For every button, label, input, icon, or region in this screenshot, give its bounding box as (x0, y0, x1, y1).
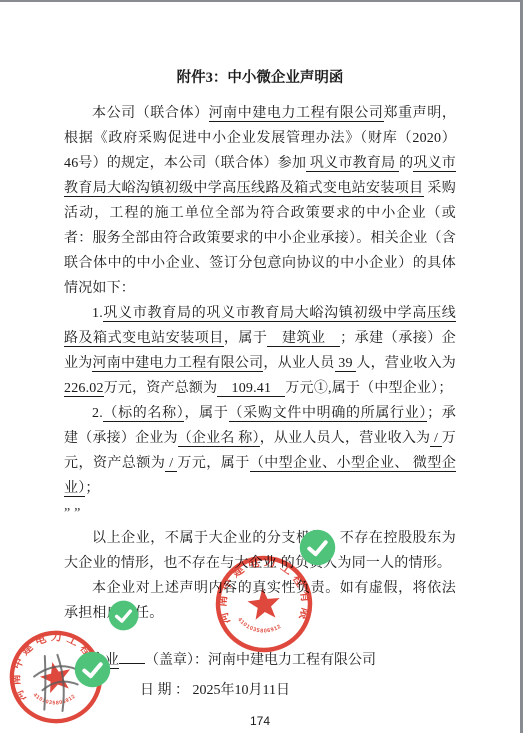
text-segment: ，从业人员 (263, 356, 334, 371)
underlined-company-placeholder: （企业名 称） (178, 431, 260, 447)
text-segment: 万元，属于 (177, 456, 249, 471)
green-check-icon (299, 529, 336, 566)
text-segment: 的 (399, 156, 413, 171)
star-icon (246, 586, 281, 620)
underlined-assets-value: 109.41 (217, 381, 285, 397)
seal-label: （盖章）： (145, 653, 208, 668)
text-segment: 万元，资产总额为 (104, 381, 218, 396)
text-segment: 2. (92, 406, 103, 421)
item-2-paragraph: 2.（标的名称），属于（采购文件中明确的所属行业）；承建（承接）企业为（企业名 … (64, 401, 456, 501)
text-segment: 万元①,属于（中型企业）； (285, 381, 452, 396)
text-segment: ，属于 (184, 406, 228, 421)
page-title: 附件3：中小微企业声明函 (0, 66, 520, 91)
underlined-subject-placeholder: （标的名称） (103, 406, 185, 422)
text-segment: 人，营业收入为 (356, 356, 456, 371)
declaration-paragraph: 本公司（联合体）河南中建电力工程有限公司郑重声明，根据《政府采购促进中小企业发展… (64, 101, 456, 301)
seal-blank (119, 663, 145, 664)
text-segment: 1. (92, 306, 103, 321)
document-page: 附件3：中小微企业声明函 本公司（联合体）河南中建电力工程有限公司郑重声明，根据… (0, 0, 523, 733)
text-segment: 本公司（联合体） (92, 106, 209, 121)
underlined-industry-blank: 建筑业 (267, 331, 340, 347)
underlined-revenue-value: 226.02 (64, 381, 104, 397)
underlined-purchaser-name: 巩义市教育局 (306, 156, 399, 172)
underlined-employee-count: 39 (335, 356, 357, 372)
underlined-company-name: 河南中建电力工程有限公司 (209, 106, 384, 122)
underlined-assets-blank: / (165, 456, 177, 472)
item-1-paragraph: 1.巩义市教育局的巩义市教育局大峪沟镇初级中学高压线路及箱式变电站安装项目，属于… (64, 301, 456, 401)
green-check-icon (108, 600, 139, 631)
green-check-icon (74, 651, 111, 688)
underlined-revenue-blank: / (430, 431, 442, 447)
text-segment: ，从业人员人，营业收入为 (260, 431, 431, 446)
underlined-industry-placeholder: （采购文件中明确的所属行业） (229, 406, 428, 422)
text-segment: ； (85, 481, 99, 496)
date-label: 日 期 ： (140, 683, 189, 698)
underlined-company-name: 河南中建电力工程有限公司 (92, 356, 263, 372)
date-line: 日 期 ： 2025年10月11日 (64, 676, 456, 706)
date-value: 2025年10月11日 (193, 683, 290, 698)
text-segment: ，属于 (224, 331, 268, 346)
quote-marks-line: ” ” (64, 501, 456, 526)
text-segment: 采购活动，工程的施工单位全部为符合政策要求的中小企业（或者：服务全部由符合政策要… (64, 181, 456, 296)
document-body: 本公司（联合体）河南中建电力工程有限公司郑重声明，根据《政府采购促进中小企业发展… (64, 101, 456, 626)
